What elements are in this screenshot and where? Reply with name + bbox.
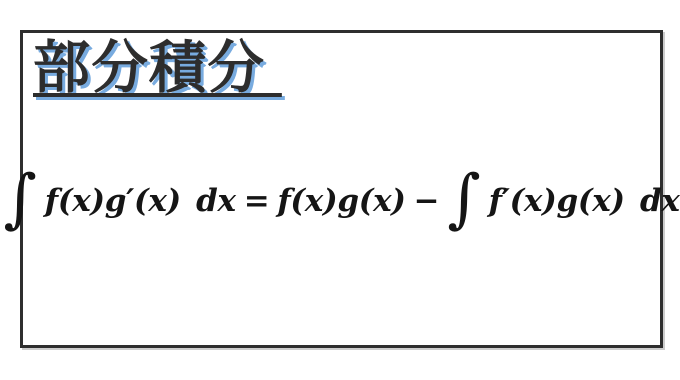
minus-sign: − (414, 183, 440, 219)
equals-sign: = (244, 183, 270, 219)
integration-by-parts-formula: ∫ f(x)g′(x) dx = f(x)g(x) − ∫ f′(x)g(x) … (23, 161, 660, 241)
product-term: f(x)g(x) (277, 183, 405, 219)
rhs-integrand: f′(x)g(x) dx (489, 183, 680, 219)
content-frame: 部分積分 ∫ f(x)g′(x) dx = f(x)g(x) − ∫ f′(x)… (20, 30, 663, 348)
slide-title: 部分積分 (33, 40, 282, 97)
lhs-integrand: f(x)g′(x) dx (45, 183, 236, 219)
